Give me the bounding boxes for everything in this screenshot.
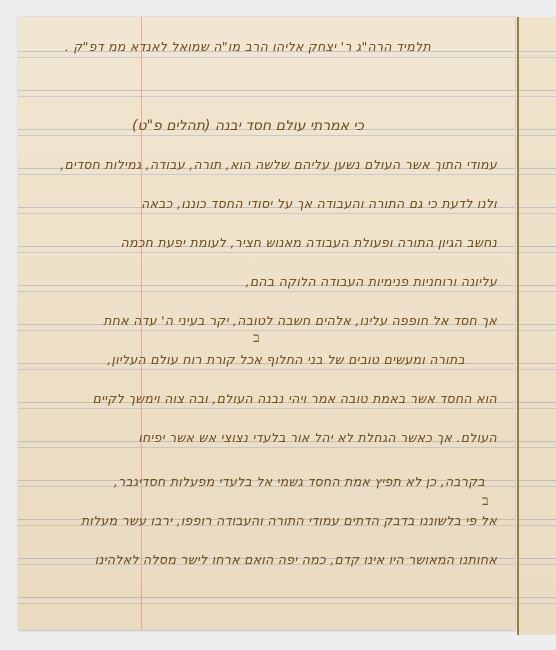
text-line: נחשב הגיון התורה ופעולת העבודה מאנוש חצי… <box>121 235 497 250</box>
ruled-line <box>519 519 556 526</box>
ruled-line <box>519 51 556 58</box>
ruled-line <box>519 597 556 604</box>
ruled-line <box>18 90 515 97</box>
ruled-line <box>519 402 556 409</box>
ruled-line <box>519 168 556 175</box>
text-line: בקרבה, כן לא תפיץ אמת החסד גשמי אל בלעדי… <box>114 474 485 489</box>
ruled-line <box>519 129 556 136</box>
insertion-mark: ב <box>253 330 260 347</box>
text-line: עמודי התוך אשר העולם נשען עליהם שלשה הוא… <box>60 157 497 172</box>
text-line: אל פי בלשוננו בדבק הדתים עמודי התורה והע… <box>81 513 497 528</box>
text-line: עליונה ורוחניות פנימיות העבודה הלוקה בהם… <box>246 274 497 289</box>
ruled-line <box>519 207 556 214</box>
ruled-line <box>519 441 556 448</box>
ruled-line <box>18 597 515 604</box>
notebook-page: תלמיד הרה"ג ר' יצחק אליהו הרב מו"ה שמואל… <box>18 17 515 630</box>
text-line: אחותנו המאושר היו אינו קדם, כמה יפה הואם… <box>95 552 497 567</box>
insertion-mark: ב <box>482 493 489 510</box>
ruled-line <box>519 285 556 292</box>
text-line: אך חסד אל חופפה עלינו, אלהים חשבה לטובה,… <box>103 313 497 328</box>
text-line: בתורה ומעשים טובים של בני החלוף אכל קורת… <box>107 352 465 367</box>
ruled-line <box>519 324 556 331</box>
adjacent-page-edge <box>517 17 556 635</box>
page-title: כי אמרתי עולם חסד יבנה (תהלים פ"ט) <box>98 118 398 134</box>
ruled-line <box>519 90 556 97</box>
text-line: העולם. אך כאשר הגחלת לא יהל אור בלעדי נצ… <box>138 430 497 445</box>
ruled-line <box>519 558 556 565</box>
header-line: תלמיד הרה"ג ר' יצחק אליהו הרב מו"ה שמואל… <box>65 39 431 54</box>
ruled-line <box>519 363 556 370</box>
ruled-line <box>519 480 556 487</box>
ruled-line <box>519 246 556 253</box>
text-line: ולנו לדעת כי גם התורה והעבודה אך על יסוד… <box>141 196 497 211</box>
text-line: הוא החסד אשר באמת טובה אמר ויהי נבנה העו… <box>93 391 497 406</box>
